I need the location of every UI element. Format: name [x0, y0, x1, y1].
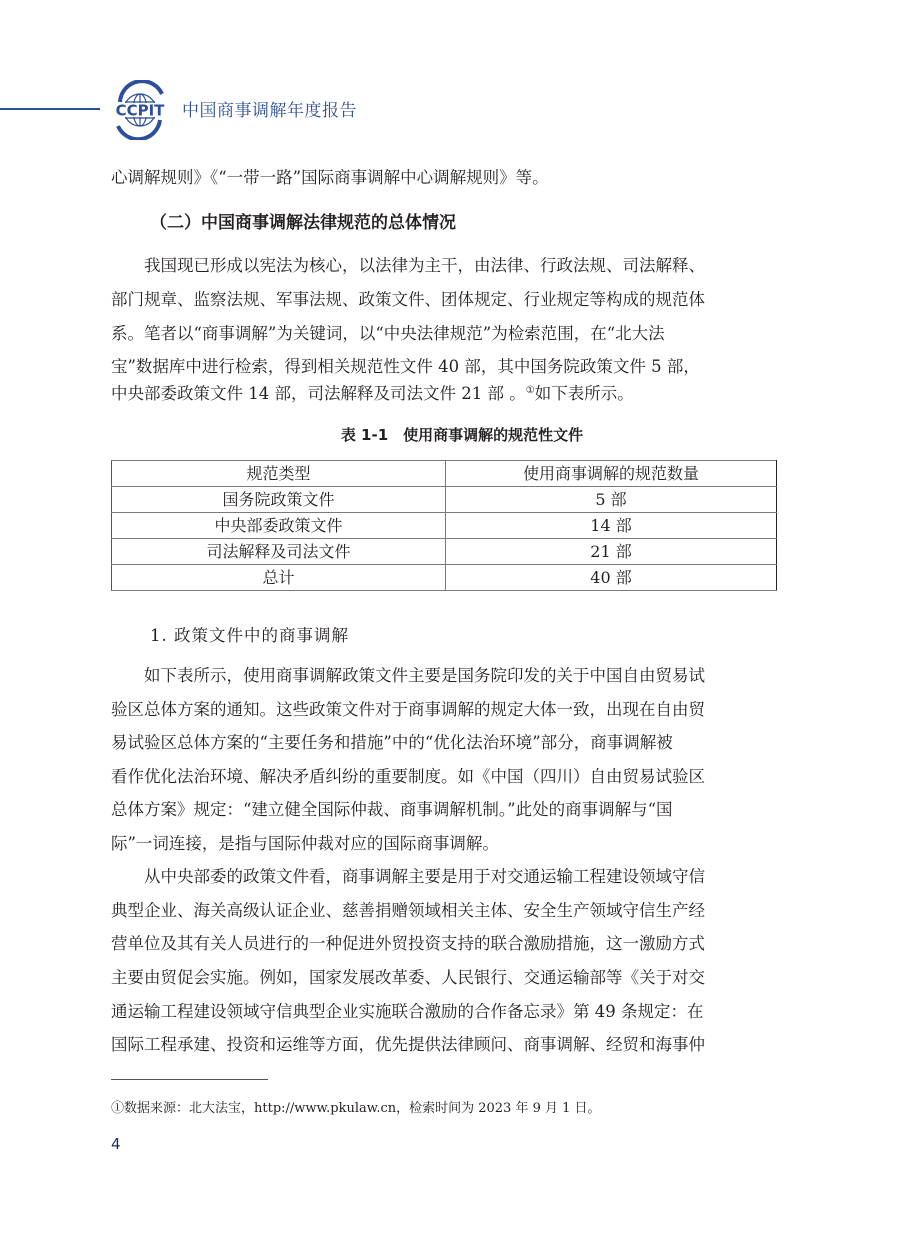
paragraph-text: 中央部委政策文件 14 部，司法解释及司法文件 21 部 。: [111, 384, 526, 403]
footnote-marker[interactable]: ①: [526, 385, 535, 396]
body-line: 心调解规则》《“一带一路”国际商事调解中心调解规则》等。: [111, 168, 549, 188]
globe-icon: CCPIT: [106, 80, 174, 140]
table-row: 国务院政策文件 5 部: [112, 487, 777, 513]
svg-text:CCPIT: CCPIT: [116, 102, 166, 120]
paragraph-line: 国际工程承建、投资和运维等方面，优先提供法律顾问、商事调解、经贸和海事仲: [111, 1035, 705, 1055]
paragraph-line: 从中央部委的政策文件看，商事调解主要是用于对交通运输工程建设领域守信: [111, 867, 705, 887]
paragraph-line: 部门规章、监察法规、军事法规、政策文件、团体规定、行业规定等构成的规范体: [111, 290, 705, 310]
footnote-divider: [111, 1079, 268, 1080]
paragraph-line: 如下表所示，使用商事调解政策文件主要是国务院印发的关于中国自由贸易试: [111, 666, 705, 686]
table-row: 中央部委政策文件 14 部: [112, 513, 777, 539]
report-title: 中国商事调解年度报告: [182, 96, 357, 121]
paragraph-line: 宝”数据库中进行检索，得到相关规范性文件 40 部，其中国务院政策文件 5 部，: [111, 357, 700, 377]
paragraph-line: 通运输工程建设领域守信典型企业实施联合激励的合作备忘录》第 49 条规定：在: [111, 1002, 704, 1022]
paragraph-line: 中央部委政策文件 14 部，司法解释及司法文件 21 部 。①如下表所示。: [111, 381, 634, 404]
subsection-heading: 1. 政策文件中的商事调解: [150, 622, 349, 646]
table-cell: 总计: [112, 565, 446, 591]
table-header-row: 规范类型 使用商事调解的规范数量: [112, 461, 777, 487]
paragraph-line: 系。笔者以“商事调解”为关键词，以“中央法律规范”为检索范围，在“北大法: [111, 324, 665, 344]
column-header: 使用商事调解的规范数量: [446, 461, 777, 487]
page-number: 4: [111, 1135, 121, 1153]
table-cell: 中央部委政策文件: [112, 513, 446, 539]
table-row: 总计 40 部: [112, 565, 777, 591]
section-heading: （二）中国商事调解法律规范的总体情况: [150, 208, 456, 233]
paragraph-line: 典型企业、海关高级认证企业、慈善捐赠领域相关主体、安全生产领域守信生产经: [111, 901, 705, 921]
table-cell: 司法解释及司法文件: [112, 539, 446, 565]
table-cell: 40 部: [446, 565, 777, 591]
ccpit-logo: CCPIT: [106, 80, 174, 140]
table-cell: 14 部: [446, 513, 777, 539]
table-cell: 5 部: [446, 487, 777, 513]
paragraph-line: 总体方案》规定：“建立健全国际仲裁、商事调解机制。”此处的商事调解与“国: [111, 800, 673, 820]
column-header: 规范类型: [112, 461, 446, 487]
table-row: 司法解释及司法文件 21 部: [112, 539, 777, 565]
footnote: ①数据来源：北大法宝，http://www.pkulaw.cn，检索时间为 20…: [111, 1097, 601, 1116]
paragraph-line: 易试验区总体方案的“主要任务和措施”中的“优化法治环境”部分，商事调解被: [111, 733, 673, 753]
paragraph-line: 营单位及其有关人员进行的一种促进外贸投资支持的联合激励措施，这一激励方式: [111, 934, 705, 954]
table-cell: 21 部: [446, 539, 777, 565]
paragraph-line: 看作优化法治环境、解决矛盾纠纷的重要制度。如《中国（四川）自由贸易试验区: [111, 767, 705, 787]
paragraph-text: 如下表所示。: [535, 384, 634, 403]
paragraph-line: 验区总体方案的通知。这些政策文件对于商事调解的规定大体一致，出现在自由贸: [111, 700, 705, 720]
table-cell: 国务院政策文件: [112, 487, 446, 513]
paragraph-line: 主要由贸促会实施。例如，国家发展改革委、人民银行、交通运输部等《关于对交: [111, 968, 705, 988]
paragraph-line: 际”一词连接，是指与国际仲裁对应的国际商事调解。: [111, 834, 499, 854]
table-caption: 表 1-1 使用商事调解的规范性文件: [0, 424, 924, 445]
header-rule: [0, 108, 100, 110]
paragraph-line: 我国现已形成以宪法为核心，以法律为主干，由法律、行政法规、司法解释、: [111, 256, 705, 276]
regulation-table: 规范类型 使用商事调解的规范数量 国务院政策文件 5 部 中央部委政策文件 14…: [111, 460, 777, 591]
